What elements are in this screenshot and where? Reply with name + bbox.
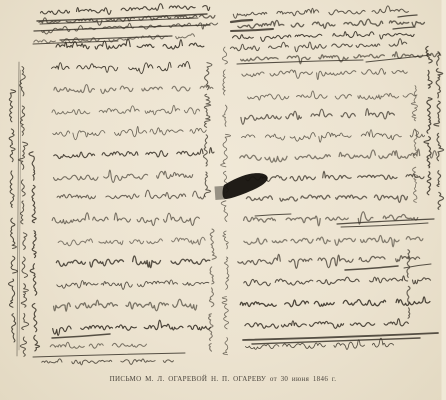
- strikethrough-line: [231, 20, 252, 22]
- handwriting-line: [42, 23, 218, 34]
- handwriting-line: [246, 171, 424, 181]
- fold-line: [17, 62, 19, 356]
- fold-line: [19, 70, 21, 350]
- strikethrough-line: [341, 223, 428, 227]
- right-page-margin-note: [411, 86, 418, 203]
- ink-blot: [223, 173, 268, 199]
- right-margin-note: [407, 250, 410, 318]
- handwriting-line: [50, 342, 146, 348]
- strikethrough-line: [52, 334, 110, 338]
- handwriting-line: [238, 19, 425, 28]
- strikethrough-line: [345, 266, 398, 270]
- handwriting-line: [42, 359, 174, 365]
- handwriting-line: [41, 4, 210, 15]
- handwriting-line: [57, 280, 209, 289]
- handwriting-line: [53, 126, 206, 139]
- caption: ПИСЬМО М. Л. ОГАРЕВОЙ Н. П. ОГАРЕВУ от 3…: [0, 374, 446, 386]
- handwriting-line: [246, 195, 407, 202]
- handwriting-line: [248, 91, 417, 100]
- gutter-note: [209, 229, 217, 351]
- gutter-note: [203, 63, 211, 197]
- handwriting-line: [240, 149, 437, 162]
- handwriting-line: [58, 237, 205, 246]
- handwriting-line: [233, 6, 408, 18]
- handwriting-line: [233, 31, 415, 41]
- handwriting-line: [54, 170, 193, 182]
- handwriting-line: [240, 297, 430, 307]
- handwriting-line: [242, 129, 425, 142]
- handwriting-line: [57, 190, 204, 199]
- handwriting-line: [52, 213, 199, 226]
- handwriting-line: [52, 62, 191, 74]
- handwriting-line: [245, 319, 408, 329]
- left-margin-note: [8, 90, 17, 342]
- right-margin-note: [424, 46, 432, 194]
- strikethrough-line: [33, 353, 185, 357]
- handwriting-line: [242, 68, 407, 79]
- strikethrough-line: [393, 27, 415, 29]
- book-page: ПИСЬМО М. Л. ОГАРЕВОЙ Н. П. ОГАРЕВУ от 3…: [0, 0, 446, 400]
- strikethrough-line: [231, 29, 273, 31]
- handwriting-line: [54, 299, 197, 311]
- gutter-note: [221, 47, 231, 355]
- handwriting-line: [53, 320, 211, 335]
- handwriting-line: [54, 85, 213, 94]
- manuscript-facsimile-image: [0, 0, 446, 400]
- handwriting-line: [230, 39, 406, 52]
- handwriting-line: [56, 256, 209, 268]
- handwriting-line: [52, 105, 200, 114]
- strikethrough-line: [255, 214, 291, 216]
- left-margin-note: [29, 152, 40, 351]
- strikethrough-line: [366, 55, 431, 62]
- strikethrough-line: [398, 15, 417, 17]
- handwriting-line: [241, 109, 395, 125]
- strikethrough-line: [34, 25, 210, 31]
- handwriting-line: [244, 236, 423, 247]
- handwriting-line: [244, 212, 418, 226]
- handwriting-line: [244, 276, 431, 286]
- handwriting-line: [54, 148, 214, 159]
- strikethrough-line: [37, 14, 207, 21]
